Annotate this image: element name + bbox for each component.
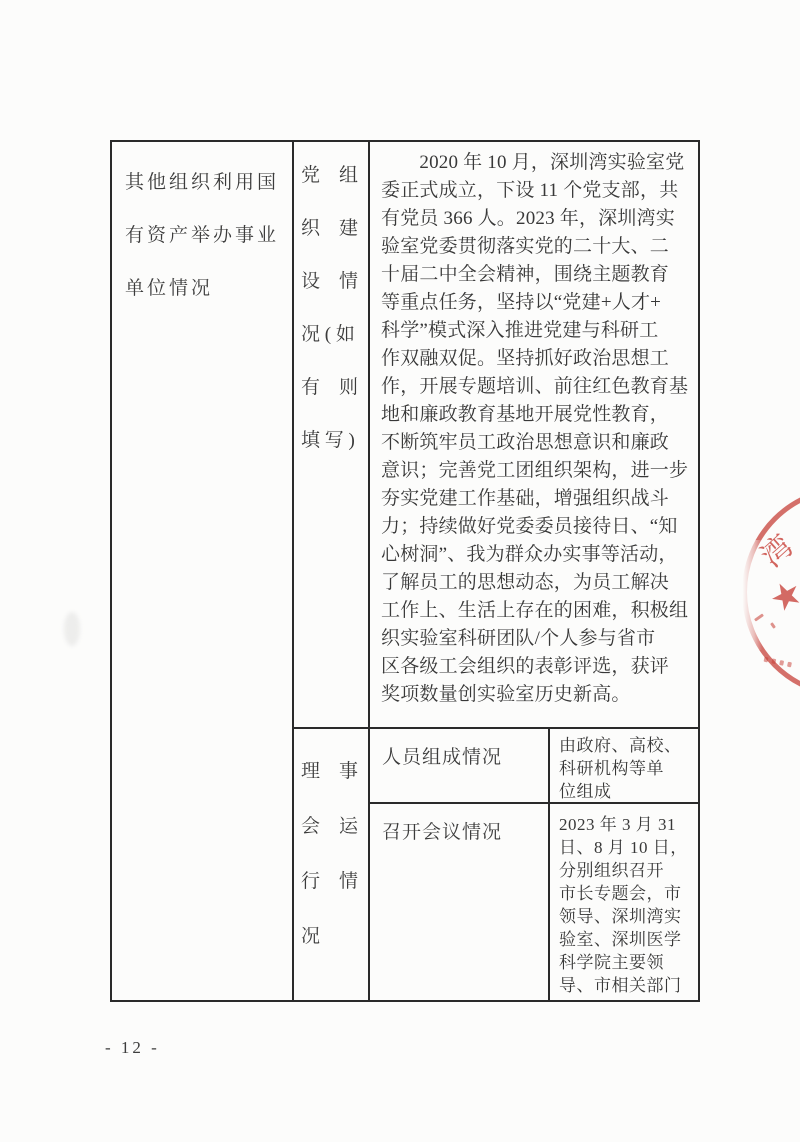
table-cell-meetings-label: 召开会议情况 xyxy=(370,802,550,1000)
table-cell-party-org-content: 2020 年 10 月，深圳湾实验室党 委正式成立，下设 11 个党支部，共 有… xyxy=(370,142,700,727)
table-cell-personnel-value: 由政府、高校、 科研机构等单 位组成 xyxy=(550,727,700,802)
document-page: 其他组织利用国 有资产举办事业 单位情况 党 组 织 建 设 情 况 ( 如 有… xyxy=(0,0,800,1142)
table-cell-personnel-label: 人员组成情况 xyxy=(370,727,550,802)
seal-star-icon: ★ xyxy=(762,570,800,622)
scan-smudge xyxy=(64,612,80,646)
seal-mark-icon xyxy=(770,622,776,629)
meetings-value-text: 2023 年 3 月 31 日、8 月 10 日， 分别组织召开 市长专题会，市… xyxy=(550,804,700,997)
page-number: - 12 - xyxy=(105,1038,160,1058)
personnel-label-text: 人员组成情况 xyxy=(370,729,548,769)
row-label-text: 其他组织利用国 有资产举办事业 单位情况 xyxy=(112,142,292,315)
personnel-value-text: 由政府、高校、 科研机构等单 位组成 xyxy=(550,729,700,802)
seal-mark-icon xyxy=(754,613,764,621)
info-table: 其他组织利用国 有资产举办事业 单位情况 党 组 织 建 设 情 况 ( 如 有… xyxy=(110,140,700,1002)
seal-fade-overlay xyxy=(736,540,762,650)
party-org-label-text: 党 组 织 建 设 情 况 ( 如 有 则 填 写 ) xyxy=(294,142,368,467)
table-cell-party-org-label: 党 组 织 建 设 情 况 ( 如 有 则 填 写 ) xyxy=(294,142,370,727)
seal-ring-icon xyxy=(742,486,800,698)
table-cell-row-label: 其他组织利用国 有资产举办事业 单位情况 xyxy=(112,142,294,1000)
table-cell-council-label: 理 事 会 运 行 情 况 xyxy=(294,727,370,1000)
seal-character: 湾 xyxy=(749,523,800,576)
council-label-text: 理 事 会 运 行 情 况 xyxy=(294,729,368,964)
table-cell-meetings-value: 2023 年 3 月 31 日、8 月 10 日， 分别组织召开 市长专题会，市… xyxy=(550,802,700,1000)
party-org-content-text: 2020 年 10 月，深圳湾实验室党 委正式成立，下设 11 个党支部，共 有… xyxy=(370,142,700,709)
meetings-label-text: 召开会议情况 xyxy=(370,804,548,844)
seal-microtext-dots xyxy=(762,649,797,673)
